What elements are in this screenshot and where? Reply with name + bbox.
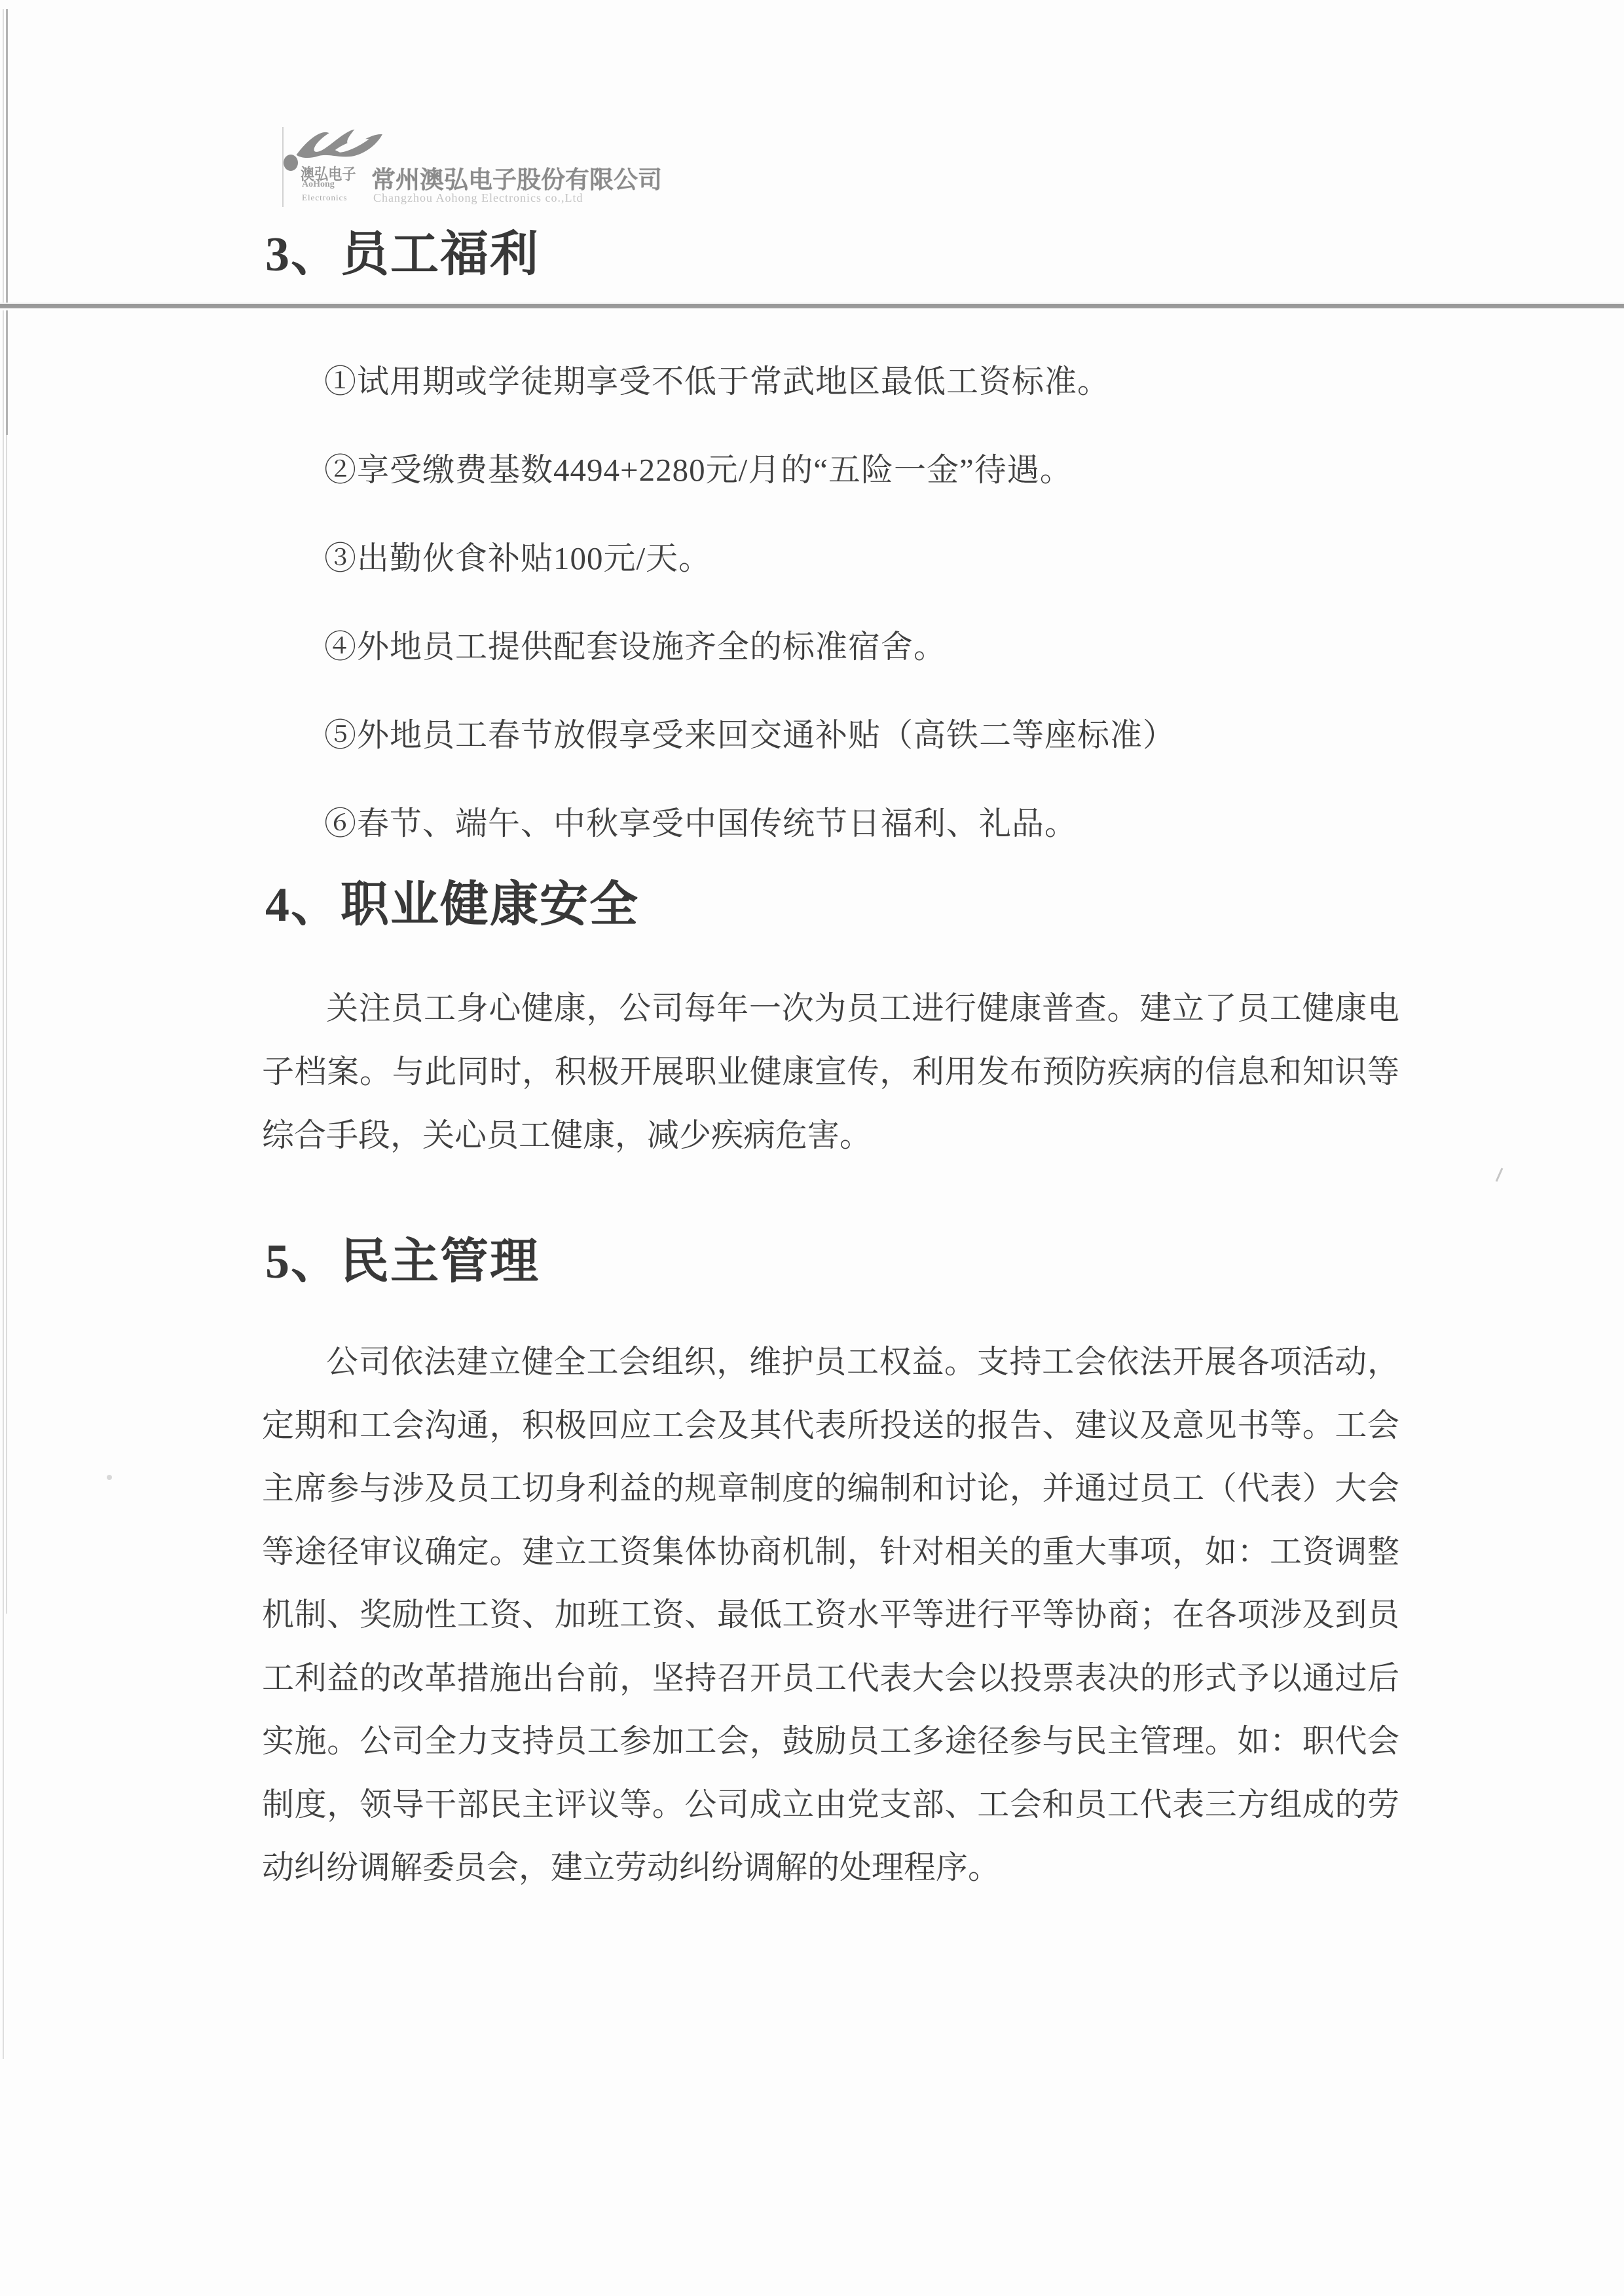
benefit-item: ④外地员工提供配套设施齐全的标准宿舍。 (324, 631, 1437, 663)
company-logo: 澳弘电子 AoHong Electronics 常州澳弘电子股份有限公司 Cha… (272, 122, 691, 213)
logo-hairline (282, 127, 284, 207)
benefits-list: ①试用期或学徒期享受不低于常武地区最低工资标准。②享受缴费基数4494+2280… (324, 365, 1437, 896)
company-name: 常州澳弘电子股份有限公司 (371, 160, 662, 195)
scan-speck (1496, 1168, 1504, 1181)
paragraph-line: 工利益的改革措施出台前，坚持召开员工代表大会以投票表决的形式予以通过后 (262, 1662, 1399, 1695)
paragraph-line: 定期和工会沟通，积极回应工会及其代表所投送的报告、建议及意见书等。工会 (262, 1409, 1399, 1442)
section-heading-occupational-health: 4、职业健康安全 (265, 881, 639, 929)
header-divider-rule (0, 303, 1624, 310)
benefit-item: ①试用期或学徒期享受不低于常武地区最低工资标准。 (324, 365, 1437, 398)
benefit-item: ⑥春节、端午、中秋享受中国传统节日福利、礼品。 (324, 807, 1437, 840)
document-page: 澳弘电子 AoHong Electronics 常州澳弘电子股份有限公司 Cha… (0, 0, 1624, 2296)
occupational-health-paragraph: 关注员工身心健康，公司每年一次为员工进行健康普查。建立了员工健康电子档案。与此同… (262, 992, 1399, 1183)
paragraph-line: 等途径审议确定。建立工资集体协商机制，针对相关的重大事项，如：工资调整 (262, 1536, 1399, 1568)
paragraph-line: 关注员工身心健康，公司每年一次为员工进行健康普查。建立了员工健康电 (262, 992, 1399, 1025)
benefit-item: ③出勤伙食补贴100元/天。 (324, 542, 1437, 575)
paragraph-line: 制度，领导干部民主评议等。公司成立由党支部、工会和员工代表三方组成的劳 (262, 1788, 1399, 1821)
section-heading-employee-benefits: 3、员工福利 (265, 231, 540, 279)
logo-swoosh-icon (293, 124, 390, 161)
paragraph-line: 综合手段，关心员工健康，减少疾病危害。 (262, 1119, 1399, 1152)
paragraph-line: 主席参与涉及员工切身利益的规章制度的编制和讨论，并通过员工（代表）大会 (262, 1472, 1399, 1505)
scan-fold-line (6, 9, 8, 435)
paragraph-line: 实施。公司全力支持员工参加工会，鼓励员工多途径参与民主管理。如：职代会 (262, 1725, 1399, 1758)
company-name-english: Changzhou Aohong Electronics co.,Ltd (373, 191, 583, 205)
paragraph-line: 子档案。与此同时，积极开展职业健康宣传，利用发布预防疾病的信息和知识等 (262, 1056, 1399, 1088)
logo-brand-name-en: AoHong (302, 179, 335, 190)
scan-speck (107, 1475, 112, 1480)
logo-dot-icon (284, 155, 298, 171)
scan-fold-line (3, 9, 4, 2059)
benefit-item: ⑤外地员工春节放假享受来回交通补贴（高铁二等座标准） (324, 719, 1437, 752)
section-heading-democratic-management: 5、民主管理 (265, 1238, 540, 1286)
scan-fold-line (6, 435, 7, 1614)
benefit-item: ②享受缴费基数4494+2280元/月的“五险一金”待遇。 (324, 454, 1437, 487)
democratic-management-paragraph: 公司依法建立健全工会组织，维护员工权益。支持工会依法开展各项活动，定期和工会沟通… (262, 1346, 1399, 1915)
paragraph-line: 公司依法建立健全工会组织，维护员工权益。支持工会依法开展各项活动， (262, 1346, 1399, 1379)
paragraph-line: 动纠纷调解委员会，建立劳动纠纷调解的处理程序。 (262, 1851, 1399, 1884)
logo-brand-subtitle-en: Electronics (302, 193, 347, 203)
paragraph-line: 机制、奖励性工资、加班工资、最低工资水平等进行平等协商；在各项涉及到员 (262, 1599, 1399, 1631)
